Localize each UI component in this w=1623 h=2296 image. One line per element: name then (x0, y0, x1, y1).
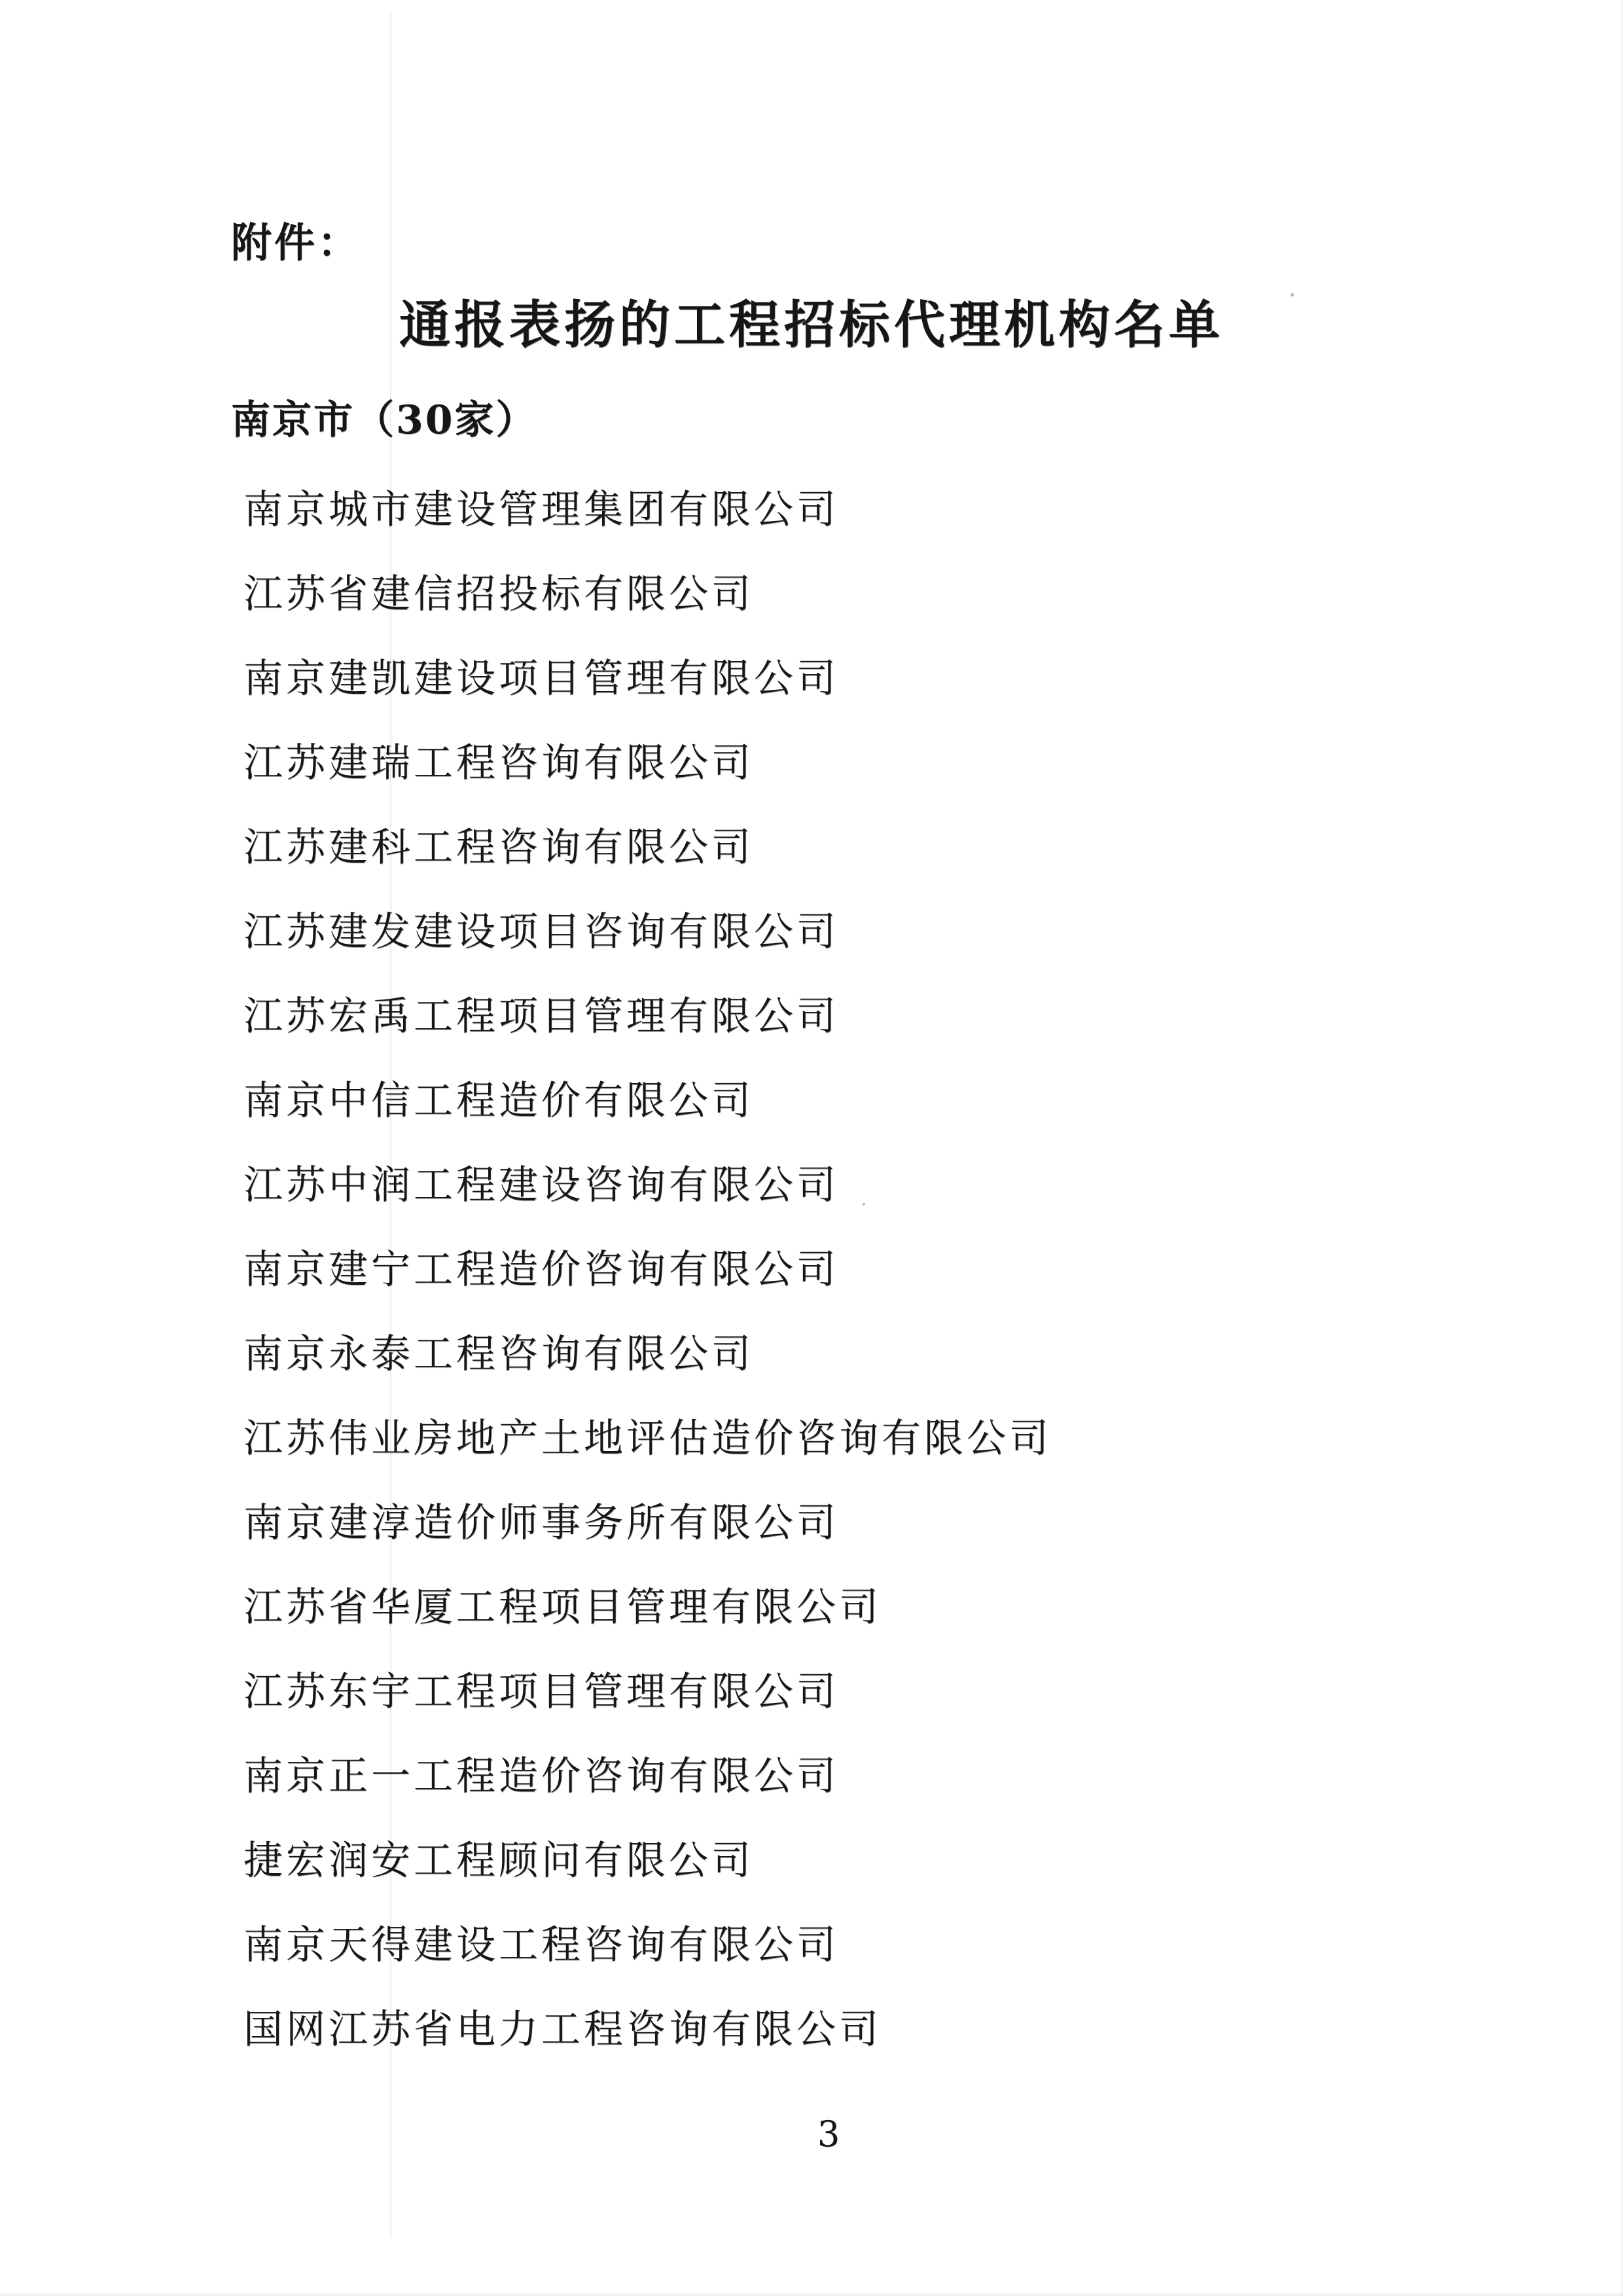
document-title: 通报表扬的工程招标代理机构名单 (0, 300, 1623, 351)
attachment-label: 附件： (231, 223, 361, 263)
company-list-item: 南京天得建设工程咨询有限公司 (243, 1925, 1052, 2009)
company-list-item: 南京建宁工程造价咨询有限公司 (243, 1249, 1052, 1334)
scan-speck (1291, 293, 1294, 296)
company-list-item: 南京城市建设管理集团有限公司 (243, 490, 1052, 574)
page-number: 3 (17, 2117, 1623, 2152)
scanned-document-page: 附件： 通报表扬的工程招标代理机构名单 南京市（30家） 南京城市建设管理集团有… (0, 0, 1623, 2296)
scan-edge-shadow (0, 2292, 1623, 2296)
company-list-item: 江苏建发建设项目咨询有限公司 (243, 912, 1052, 996)
company-list-item: 江苏中润工程建设咨询有限公司 (243, 1165, 1052, 1249)
company-list-item: 南京永泰工程咨询有限公司 (243, 1334, 1052, 1418)
company-list-item: 捷宏润安工程顾问有限公司 (243, 1840, 1052, 1925)
company-list-item: 江苏建科工程咨询有限公司 (243, 827, 1052, 912)
city-section-header: 南京市（30家） (231, 401, 537, 440)
company-list-item: 江苏省华厦工程项目管理有限公司 (243, 1587, 1052, 1672)
company-list-item: 江苏宏禹工程项目管理有限公司 (243, 996, 1052, 1081)
company-list-item: 国网江苏省电力工程咨询有限公司 (243, 2009, 1052, 2094)
company-list-item: 南京正一工程造价咨询有限公司 (243, 1756, 1052, 1840)
company-list-item: 江苏省建信招投标有限公司 (243, 574, 1052, 658)
company-list-item: 江苏东宇工程项目管理有限公司 (243, 1672, 1052, 1756)
company-list: 南京城市建设管理集团有限公司 江苏省建信招投标有限公司 南京建凯建设项目管理有限… (243, 490, 1052, 2094)
company-list-item: 南京建凯建设项目管理有限公司 (243, 658, 1052, 743)
company-list-item: 南京建淳造价师事务所有限公司 (243, 1503, 1052, 1587)
scan-edge-shadow (1620, 0, 1623, 2296)
company-list-item: 江苏伟业房地产土地评估造价咨询有限公司 (243, 1418, 1052, 1503)
company-list-item: 江苏建瑞工程咨询有限公司 (243, 743, 1052, 827)
company-list-item: 南京中信工程造价有限公司 (243, 1081, 1052, 1165)
